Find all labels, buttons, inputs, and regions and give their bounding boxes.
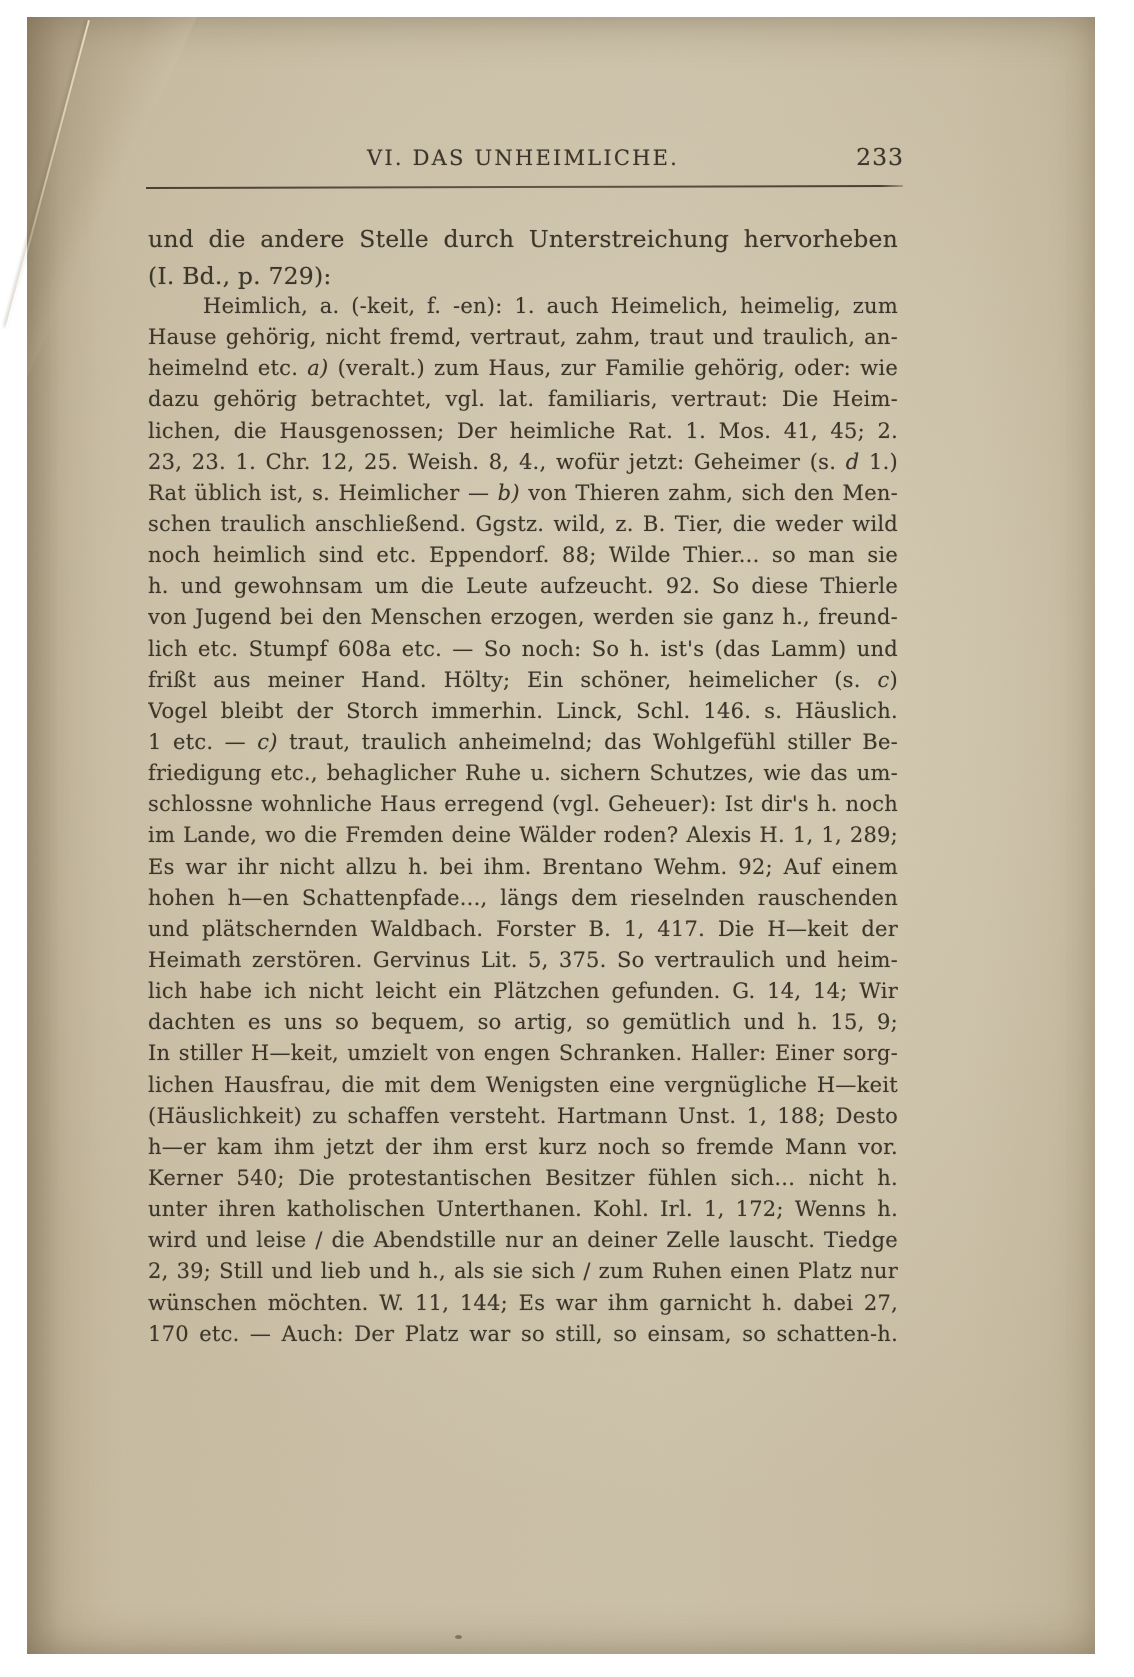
text-line: lichen Hausfrau, die mit dem Wenigsten e… [148,1070,898,1101]
text-line: im Lande, wo die Fremden deine Wälder ro… [148,820,898,851]
text-line: heimelnd etc. a) (veralt.) zum Haus, zur… [148,353,898,384]
text-line: (Häuslichkeit) zu schaffen versteht. Har… [148,1101,898,1132]
paper-speck [455,1635,462,1639]
italic-text: c [878,668,890,692]
text-line: Hause gehörig, nicht fremd, vertraut, za… [148,322,898,353]
text-line: Kerner 540; Die protestantischen Besitze… [148,1163,898,1194]
intro-paragraph: und die andere Stelle durch Unterstreich… [148,221,898,294]
text-line: Es war ihr nicht allzu h. bei ihm. Brent… [148,852,898,883]
running-header-title: VI. DAS UNHEIMLICHE. [148,146,898,170]
text-line: und die andere Stelle durch Unterstreich… [148,221,898,258]
text-line: Heimlich, a. (-keit, f. -en): 1. auch He… [148,291,898,322]
text-line: dazu gehörig betrachtet, vgl. lat. famil… [148,384,898,415]
text-line: von Jugend bei den Menschen erzogen, wer… [148,602,898,633]
italic-text: d [846,450,860,474]
text-line: unter ihren katholischen Unterthanen. Ko… [148,1194,898,1225]
page-number: 233 [830,143,904,171]
text-line: lich habe ich nicht leicht ein Plätzchen… [148,976,898,1007]
text-line: h—er kam ihm jetzt der ihm erst kurz noc… [148,1132,898,1163]
italic-text: a) [307,356,328,380]
text-line: In stiller H—keit, umzielt von engen Sch… [148,1038,898,1069]
text-line: frißt aus meiner Hand. Hölty; Ein schöne… [148,665,898,696]
text-line: dachten es uns so bequem, so artig, so g… [148,1007,898,1038]
text-line: wünschen möchten. W. 11, 144; Es war ihm… [148,1288,898,1319]
text-line: (I. Bd., p. 729): [148,258,898,295]
text-line: lichen, die Hausgenossen; Der heimliche … [148,416,898,447]
text-line: noch heimlich sind etc. Eppendorf. 88; W… [148,540,898,571]
text-line: 2, 39; Still und lieb und h., als sie si… [148,1256,898,1287]
italic-text: b) [498,481,520,505]
dictionary-paragraph: Heimlich, a. (-keit, f. -en): 1. auch He… [148,291,898,1350]
italic-text: c) [257,730,277,754]
scanned-page-stage: VI. DAS UNHEIMLICHE. 233 und die andere … [0,0,1134,1677]
text-line: 1 etc. — c) traut, traulich anheimelnd; … [148,727,898,758]
text-line: Vogel bleibt der Storch immerhin. Linck,… [148,696,898,727]
text-line: hohen h—en Schattenpfade..., längs dem r… [148,883,898,914]
text-line: und plätschernden Waldbach. Forster B. 1… [148,914,898,945]
text-line: wird und leise / die Abendstille nur an … [148,1225,898,1256]
text-line: schlossne wohnliche Haus erregend (vgl. … [148,789,898,820]
text-line: Heimath zerstören. Gervinus Lit. 5, 375.… [148,945,898,976]
text-line: 23, 23. 1. Chr. 12, 25. Weish. 8, 4., wo… [148,447,898,478]
text-line: lich etc. Stumpf 608a etc. — So noch: So… [148,634,898,665]
text-line: 170 etc. — Auch: Der Platz war so still,… [148,1319,898,1350]
text-line: schen traulich anschließend. Ggstz. wild… [148,509,898,540]
text-line: h. und gewohnsam um die Leute aufzeucht.… [148,571,898,602]
text-line: friedigung etc., behaglicher Ruhe u. sic… [148,758,898,789]
paper-crease [6,20,90,328]
text-line: Rat üblich ist, s. Heimlicher — b) von T… [148,478,898,509]
